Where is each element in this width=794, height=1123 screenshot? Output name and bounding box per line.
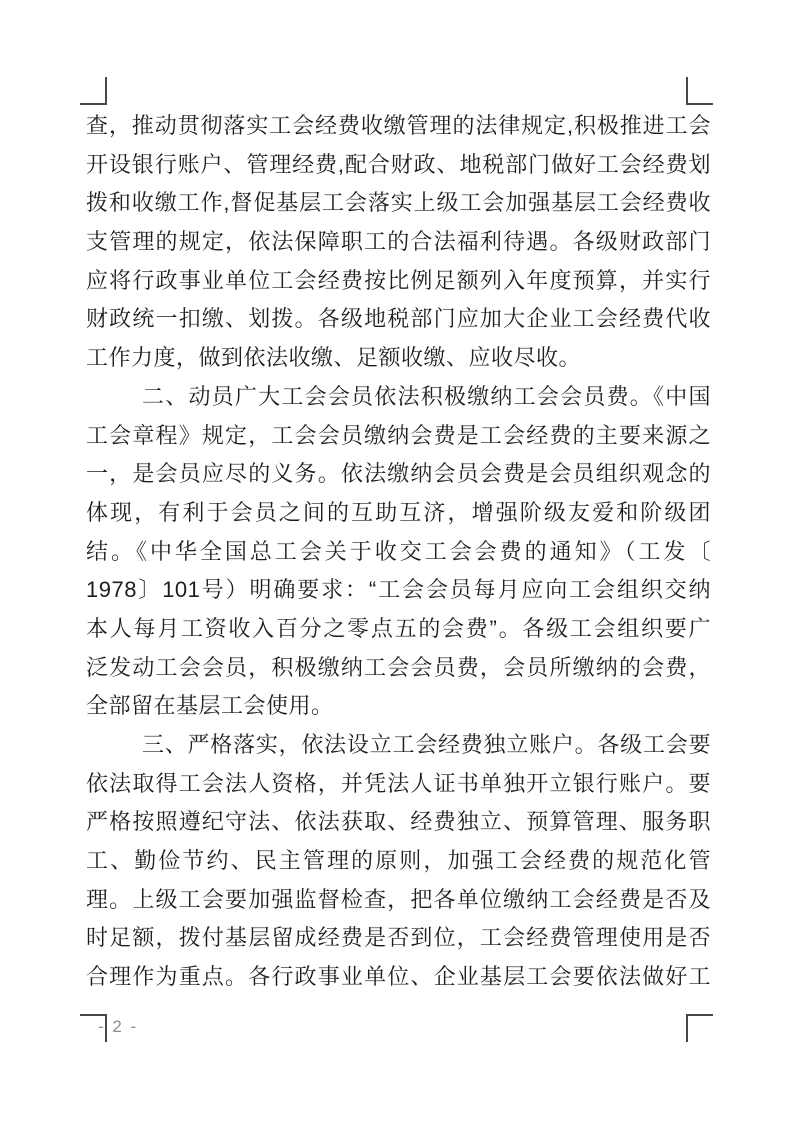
- text-line: 一，是会员应尽的义务。依法缴纳会员会费是会员组织观念的: [86, 455, 711, 494]
- document-body: 查，推动贯彻落实工会经费收缴管理的法律规定,积极推进工会 开设银行账户、管理经费…: [86, 107, 711, 997]
- text-line: 开设银行账户、管理经费,配合财政、地税部门做好工会经费划: [86, 146, 711, 185]
- text-line: 支管理的规定，依法保障职工的合法福利待遇。各级财政部门: [86, 223, 711, 262]
- text-line: 全部留在基层工会使用。: [86, 687, 711, 726]
- text-line: 泛发动工会会员，积极缴纳工会会员费，会员所缴纳的会费，: [86, 649, 711, 688]
- text-line: 查，推动贯彻落实工会经费收缴管理的法律规定,积极推进工会: [86, 107, 711, 146]
- text-line: 三、严格落实，依法设立工会经费独立账户。各级工会要: [86, 726, 711, 765]
- text-line: 理。上级工会要加强监督检查，把各单位缴纳工会经费是否及: [86, 881, 711, 920]
- text-line: 结。《中华全国总工会关于收交工会会费的通知》（工发〔: [86, 533, 711, 572]
- text-line: 1978〕101号）明确要求：“工会会员每月应向工会组织交纳: [86, 571, 711, 610]
- corner-mark-top-left: [80, 77, 107, 105]
- text-line: 工作力度，做到依法收缴、足额收缴、应收尽收。: [86, 339, 711, 378]
- text-line: 拨和收缴工作,督促基层工会落实上级工会加强基层工会经费收: [86, 184, 711, 223]
- corner-mark-top-right: [686, 77, 713, 105]
- text-line: 严格按照遵纪守法、依法获取、经费独立、预算管理、服务职: [86, 803, 711, 842]
- text-line: 工、勤俭节约、民主管理的原则，加强工会经费的规范化管: [86, 842, 711, 881]
- corner-mark-bottom-right: [686, 1014, 713, 1042]
- text-line: 二、动员广大工会会员依法积极缴纳工会会员费。《中国: [86, 378, 711, 417]
- text-line: 合理作为重点。各行政事业单位、企业基层工会要依法做好工: [86, 958, 711, 997]
- page-number: - 2 -: [98, 1016, 138, 1038]
- document-page: 查，推动贯彻落实工会经费收缴管理的法律规定,积极推进工会 开设银行账户、管理经费…: [0, 0, 794, 1123]
- text-line: 体现，有利于会员之间的互助互济，增强阶级友爱和阶级团: [86, 494, 711, 533]
- text-line: 财政统一扣缴、划拨。各级地税部门应加大企业工会经费代收: [86, 300, 711, 339]
- text-line: 时足额，拨付基层留成经费是否到位，工会经费管理使用是否: [86, 919, 711, 958]
- text-line: 依法取得工会法人资格，并凭法人证书单独开立银行账户。要: [86, 765, 711, 804]
- text-line: 工会章程》规定，工会会员缴纳会费是工会经费的主要来源之: [86, 417, 711, 456]
- text-line: 本人每月工资收入百分之零点五的会费”。各级工会组织要广: [86, 610, 711, 649]
- text-line: 应将行政事业单位工会经费按比例足额列入年度预算，并实行: [86, 262, 711, 301]
